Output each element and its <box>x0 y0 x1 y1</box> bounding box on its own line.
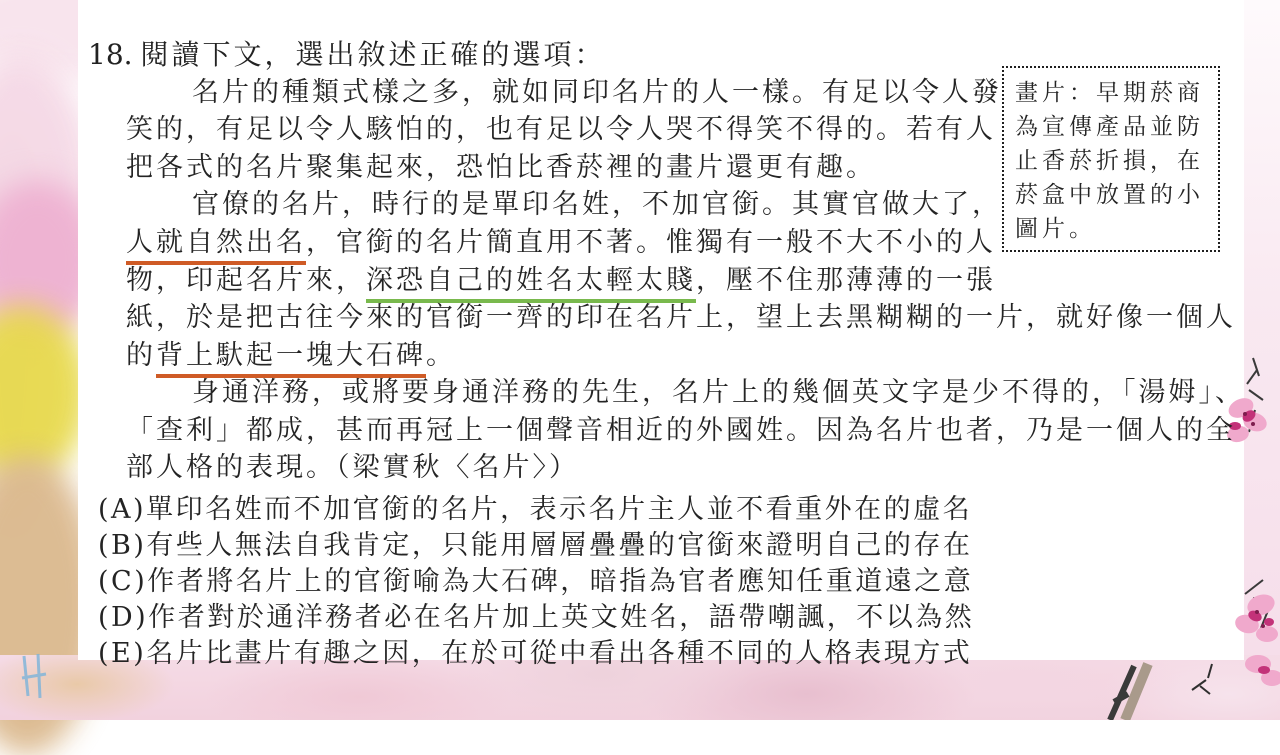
option-B: (B)有些人無法自我肯定，只能用層層疊疊的官銜來證明自己的存在 <box>98 523 972 562</box>
passage-text: 部人格的表現。（梁實秋〈名片〉） <box>126 452 579 483</box>
note-line: 畫片：早期菸商 <box>1015 76 1207 110</box>
passage-text: 物，印起名片來， <box>126 265 366 296</box>
note-line: 為宣傳產品並防 <box>1015 110 1207 144</box>
passage-text: 名片的種類式樣之多，就如同印名片的人一樣。有足以令人發 <box>192 77 1002 108</box>
note-line: 圖片。 <box>1015 212 1207 246</box>
watercolor-wash-left-yellow <box>0 305 90 480</box>
note-box: 畫片：早期菸商 為宣傳產品並防 止香菸折損，在 菸盒中放置的小 圖片。 <box>1002 66 1220 252</box>
note-line: 止香菸折損，在 <box>1015 144 1207 178</box>
passage-text: 把各式的名片聚集起來，恐怕比香菸裡的畫片還更有趣。 <box>126 152 876 183</box>
passage-line: 物，印起名片來，深恐自己的姓名太輕太賤，壓不住那薄薄的一張 <box>126 264 996 298</box>
passage-line: 官僚的名片，時行的是單印名姓，不加官銜。其實官做大了， <box>126 188 1002 222</box>
question-number: 18. <box>88 38 133 71</box>
passage-text: 身通洋務，或將要身通洋務的先生，名片上的幾個英文字是少不得的，「湯姆」、 <box>192 377 1245 408</box>
annotated-phrase-orange: 背上馱起一塊大石碑 <box>156 340 426 378</box>
passage-text: 「查利」都成，甚而再冠上一個聲音相近的外國姓。因為名片也者，乃是一個人的全 <box>126 415 1236 446</box>
question-line: 18.閱讀下文，選出敘述正確的選項： <box>88 33 606 73</box>
passage-text: 官僚的名片，時行的是單印名姓，不加官銜。其實官做大了， <box>192 189 1002 220</box>
option-C: (C)作者將名片上的官銜喻為大石碑，暗指為官者應知任重道遠之意 <box>98 559 973 598</box>
option-E: (E)名片比畫片有趣之因，在於可從中看出各種不同的人格表現方式 <box>98 631 972 670</box>
passage-line: 「查利」都成，甚而再冠上一個聲音相近的外國姓。因為名片也者，乃是一個人的全 <box>126 414 1236 448</box>
passage-line: 身通洋務，或將要身通洋務的先生，名片上的幾個英文字是少不得的，「湯姆」、 <box>126 376 1245 410</box>
passage-text: ，官銜的名片簡直用不著。惟獨有一般不大不小的人 <box>306 227 996 258</box>
annotated-phrase-green: 深恐自己的姓名太輕太賤 <box>366 265 696 303</box>
passage-text: ，壓不住那薄薄的一張 <box>696 265 996 296</box>
watercolor-right-strip <box>1240 0 1280 660</box>
passage-line: 部人格的表現。（梁實秋〈名片〉） <box>126 451 579 485</box>
option-D: (D)作者對於通洋務者必在名片加上英文姓名，語帶嘲諷，不以為然 <box>98 595 974 634</box>
passage-text: 紙，於是把古往今來的官銜一齊的印在名片上，望上去黑糊糊的一片，就好像一個人 <box>126 302 1236 333</box>
passage-text: 的 <box>126 340 156 371</box>
question-prompt: 閱讀下文，選出敘述正確的選項： <box>141 38 606 71</box>
passage-line: 人就自然出名，官銜的名片簡直用不著。惟獨有一般不大不小的人 <box>126 226 996 260</box>
option-A: (A)單印名姓而不加官銜的名片，表示名片主人並不看重外在的虛名 <box>98 487 972 526</box>
passage-line: 紙，於是把古往今來的官銜一齊的印在名片上，望上去黑糊糊的一片，就好像一個人 <box>126 301 1236 335</box>
passage-line: 笑的，有足以令人駭怕的，也有足以令人哭不得笑不得的。若有人 <box>126 113 996 147</box>
note-line: 菸盒中放置的小 <box>1015 178 1207 212</box>
exam-slide: 18.閱讀下文，選出敘述正確的選項： 畫片：早期菸商 為宣傳產品並防 止香菸折損… <box>0 0 1280 720</box>
passage-line: 的背上馱起一塊大石碑。 <box>126 339 456 373</box>
passage-text: 。 <box>426 340 456 371</box>
passage-line: 名片的種類式樣之多，就如同印名片的人一樣。有足以令人發 <box>126 76 1002 110</box>
passage-line: 把各式的名片聚集起來，恐怕比香菸裡的畫片還更有趣。 <box>126 151 876 185</box>
annotated-phrase-orange: 人就自然出名 <box>126 227 306 265</box>
passage-text: 笑的，有足以令人駭怕的，也有足以令人哭不得笑不得的。若有人 <box>126 114 996 145</box>
